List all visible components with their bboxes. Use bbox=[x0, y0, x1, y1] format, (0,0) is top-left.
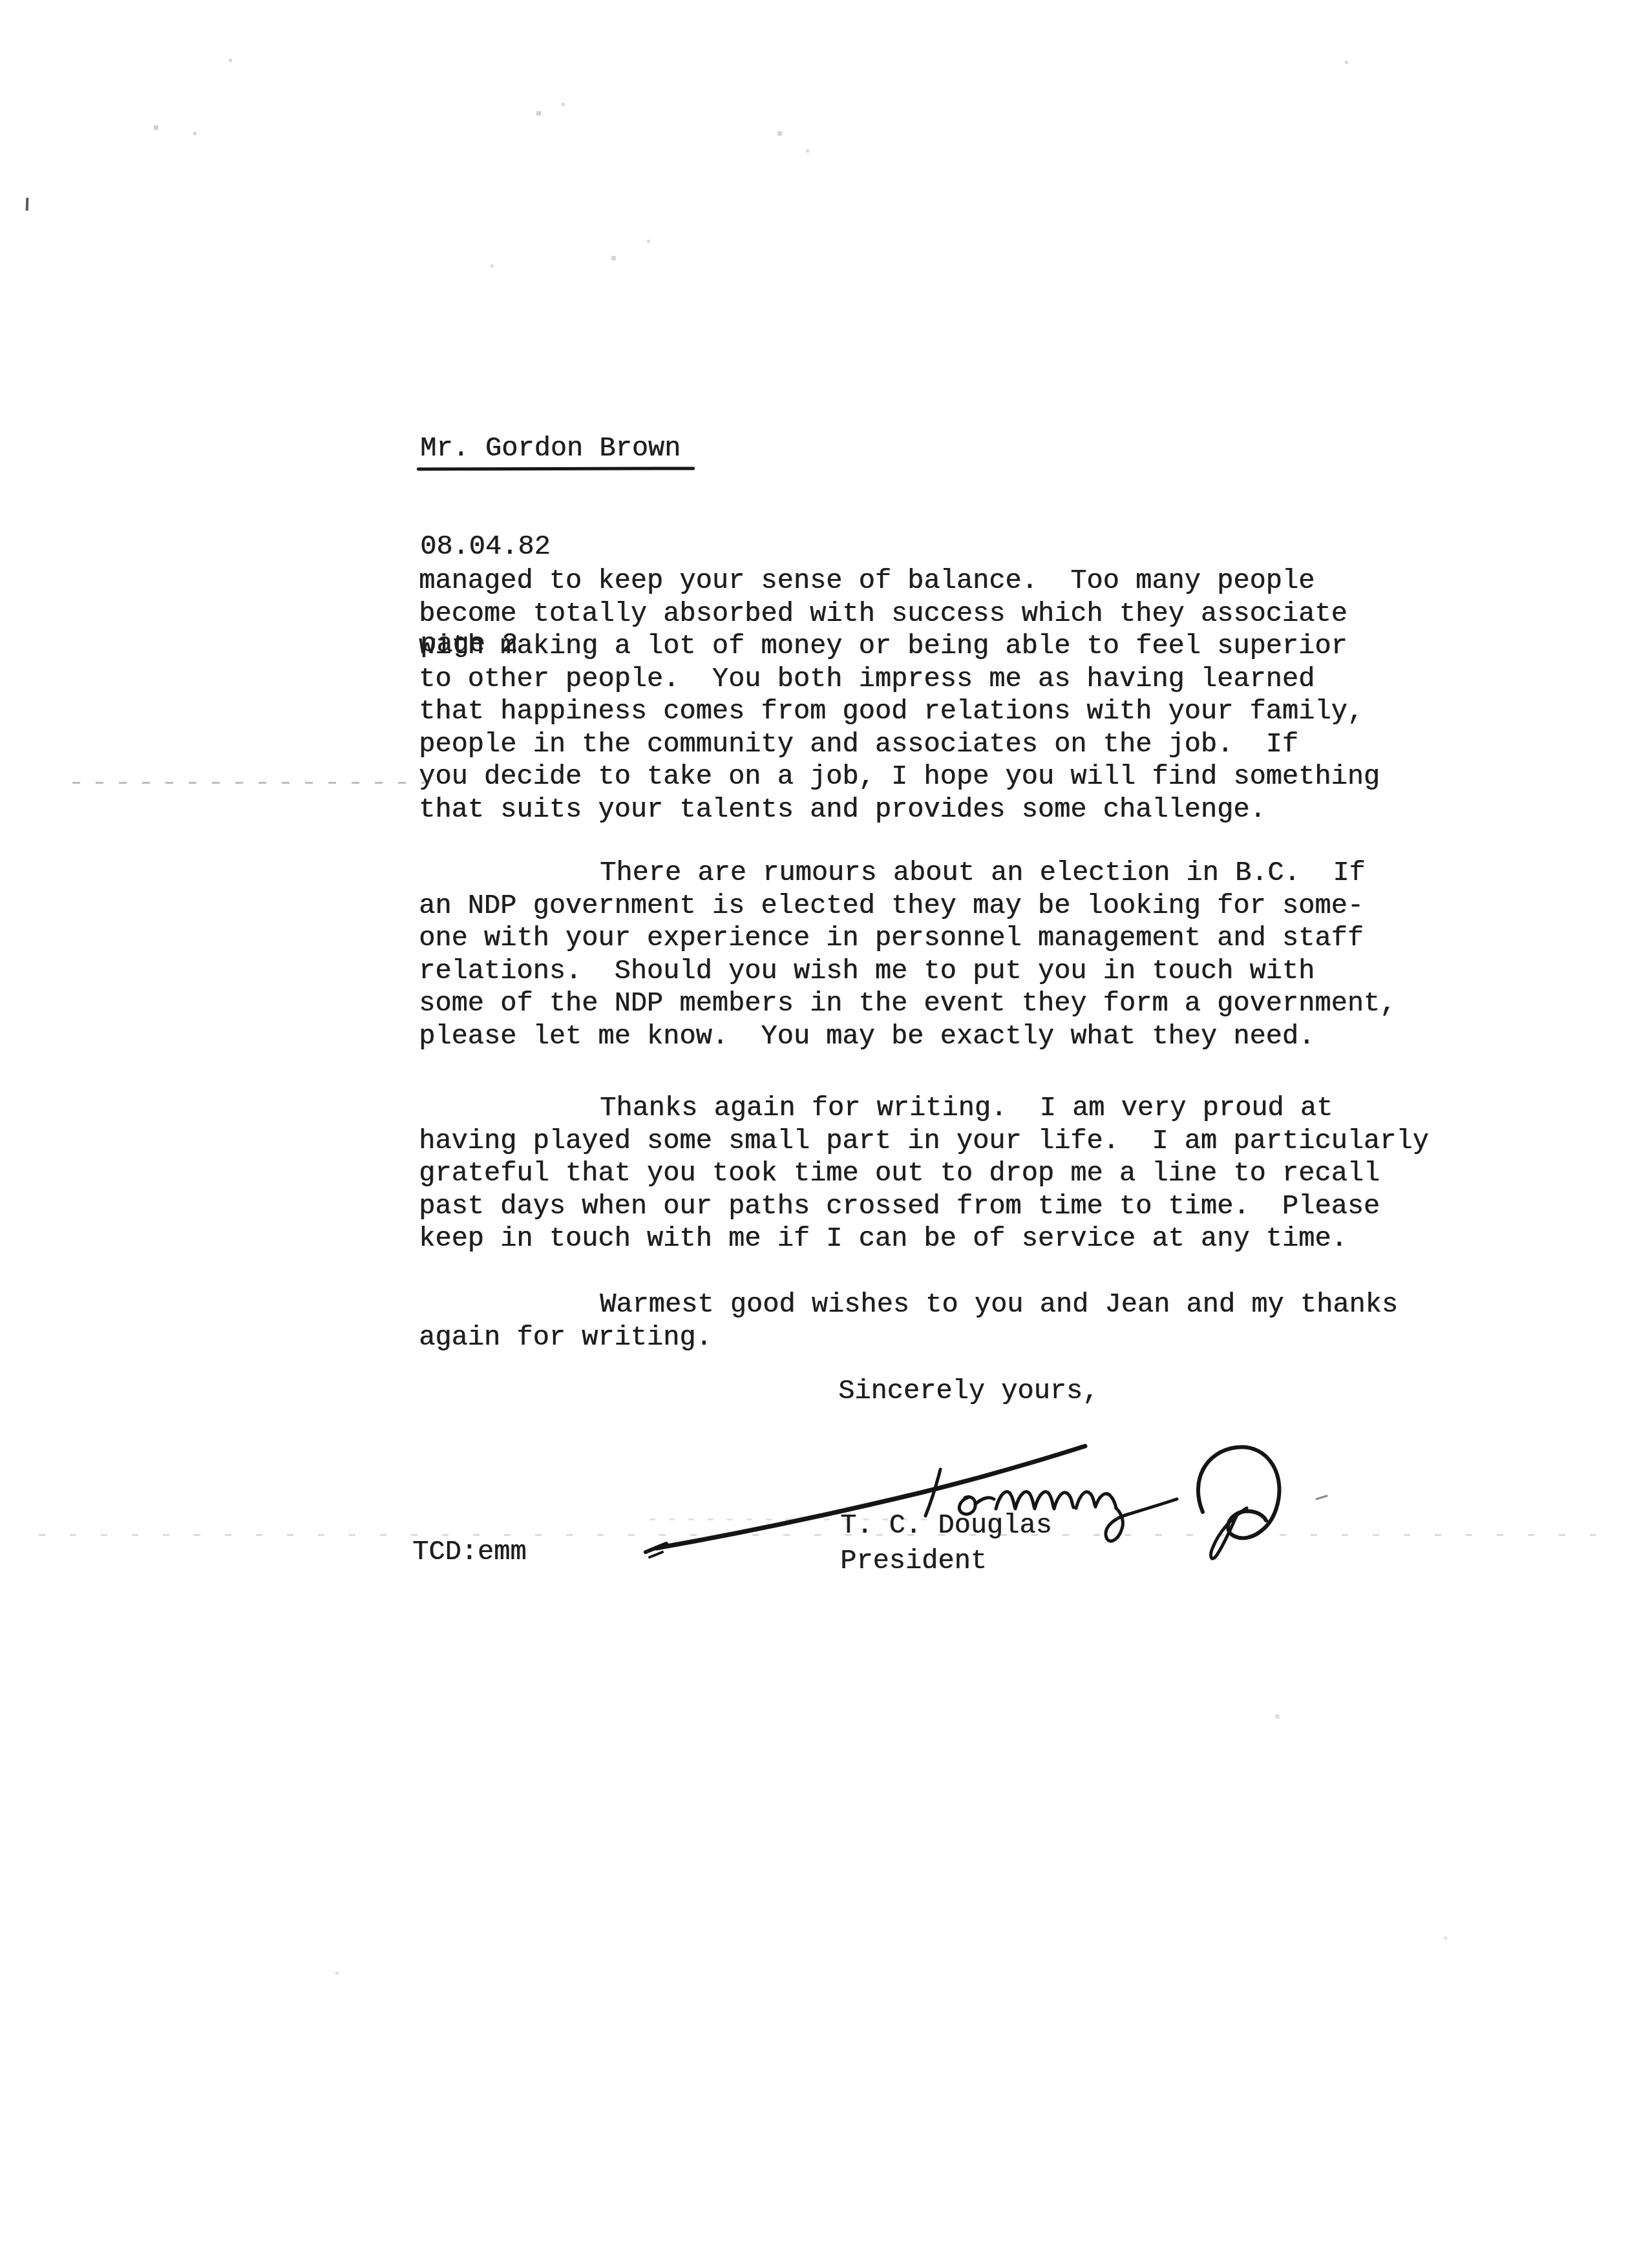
signature-name: T. C. Douglas bbox=[840, 1509, 1052, 1542]
body-paragraph-4: Warmest good wishes to you and Jean and … bbox=[419, 1288, 1398, 1354]
letter-page: Mr. Gordon Brown 08.04.82 page 2 managed… bbox=[0, 0, 1648, 2268]
body-paragraph-3: Thanks again for writing. I am very prou… bbox=[419, 1092, 1429, 1255]
valediction: Sincerely yours, bbox=[838, 1375, 1099, 1408]
body-paragraph-1: managed to keep your sense of balance. T… bbox=[419, 565, 1380, 826]
body-paragraph-2: There are rumours about an election in B… bbox=[419, 857, 1396, 1053]
reference-initials: TCD:emm bbox=[412, 1536, 526, 1569]
scan-artifact-tick bbox=[26, 198, 29, 211]
header-recipient: Mr. Gordon Brown bbox=[420, 432, 681, 465]
signature-title: President bbox=[840, 1545, 987, 1578]
scan-artifact-speckles bbox=[0, 0, 2, 2]
header-date: 08.04.82 bbox=[420, 530, 681, 563]
scan-artifact-dashline bbox=[72, 782, 425, 784]
